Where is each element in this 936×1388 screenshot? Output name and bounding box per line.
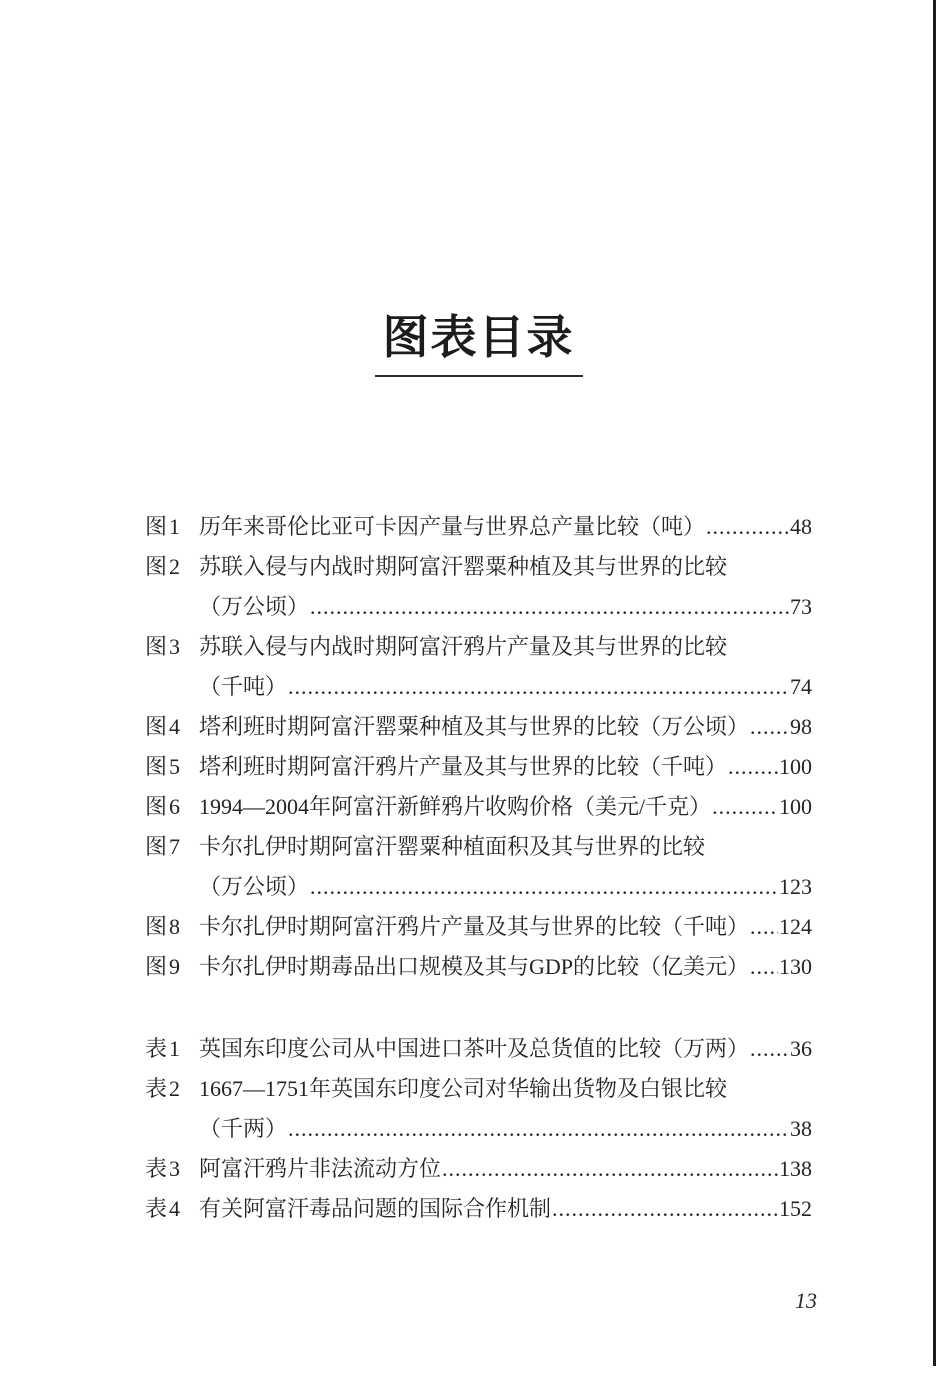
entry-page-number: 36 [790,1029,812,1069]
dot-leader [750,1029,789,1069]
dot-leader [288,1109,789,1149]
entry-title: （万公顷） [199,867,309,907]
entry-label: 图9 [145,947,199,987]
dot-leader [750,707,789,747]
page-number: 13 [795,1288,817,1314]
table-list: 表1英国东印度公司从中国进口茶叶及总货值的比较（万两）36表21667—1751… [145,1029,812,1229]
toc-entry-line: 图2苏联入侵与内战时期阿富汗罂粟种植及其与世界的比较 [145,547,812,587]
page-title: 图表目录 [145,0,812,377]
entry-label: 图2 [145,547,199,587]
toc-entry-line: 表21667—1751年英国东印度公司对华输出货物及白银比较 [145,1069,812,1109]
dot-leader [750,947,778,987]
entry-title: 苏联入侵与内战时期阿富汗鸦片产量及其与世界的比较 [199,627,727,667]
entry-title: 塔利班时期阿富汗罂粟种植及其与世界的比较（万公顷） [199,707,749,747]
entry-title: 1667—1751年英国东印度公司对华输出货物及白银比较 [199,1069,727,1109]
toc-entry-line: 图8卡尔扎伊时期阿富汗鸦片产量及其与世界的比较（千吨）124 [145,907,812,947]
entry-title: 英国东印度公司从中国进口茶叶及总货值的比较（万两） [199,1029,749,1069]
toc-entry-line: 图3苏联入侵与内战时期阿富汗鸦片产量及其与世界的比较 [145,627,812,667]
toc-entry-line: 表1英国东印度公司从中国进口茶叶及总货值的比较（万两）36 [145,1029,812,1069]
entry-label: 图4 [145,707,199,747]
dot-leader [706,507,789,547]
entry-title: （千吨） [199,667,287,707]
entry-page-number: 38 [790,1109,812,1149]
entry-label: 图3 [145,627,199,667]
toc-entry-line: （千吨）74 [145,667,812,707]
dot-leader [310,867,778,907]
entry-page-number: 124 [779,907,812,947]
entry-title: （千两） [199,1109,287,1149]
entry-page-number: 100 [779,747,812,787]
toc-entry-line: （千两）38 [145,1109,812,1149]
toc-entry-line: （万公顷）73 [145,587,812,627]
dot-leader [310,587,789,627]
entry-label: 图6 [145,787,199,827]
entry-page-number: 73 [790,587,812,627]
entry-page-number: 48 [790,507,812,547]
document-page: 图表目录 图1历年来哥伦比亚可卡因产量与世界总产量比较（吨）48图2苏联入侵与内… [0,0,936,1388]
entry-title: （万公顷） [199,587,309,627]
entry-title: 1994—2004年阿富汗新鲜鸦片收购价格（美元/千克） [199,787,711,827]
entry-page-number: 100 [779,787,812,827]
entry-title: 苏联入侵与内战时期阿富汗罂粟种植及其与世界的比较 [199,547,727,587]
entry-label: 表3 [145,1149,199,1189]
dot-leader [750,907,778,947]
entry-title: 卡尔扎伊时期阿富汗鸦片产量及其与世界的比较（千吨） [199,907,749,947]
toc-entry-line: 表3阿富汗鸦片非法流动方位138 [145,1149,812,1189]
entry-label: 图5 [145,747,199,787]
entry-title: 阿富汗鸦片非法流动方位 [199,1149,441,1189]
toc-entry-line: 图61994—2004年阿富汗新鲜鸦片收购价格（美元/千克）100 [145,787,812,827]
entry-page-number: 123 [779,867,812,907]
entry-label: 表2 [145,1069,199,1109]
entry-page-number: 98 [790,707,812,747]
page-content: 图表目录 图1历年来哥伦比亚可卡因产量与世界总产量比较（吨）48图2苏联入侵与内… [145,0,812,1229]
toc-entry-line: 图1历年来哥伦比亚可卡因产量与世界总产量比较（吨）48 [145,507,812,547]
dot-leader [442,1149,778,1189]
dot-leader [288,667,789,707]
figure-list: 图1历年来哥伦比亚可卡因产量与世界总产量比较（吨）48图2苏联入侵与内战时期阿富… [145,507,812,987]
entry-label: 图8 [145,907,199,947]
entry-page-number: 138 [779,1149,812,1189]
entry-title: 塔利班时期阿富汗鸦片产量及其与世界的比较（千吨） [199,747,727,787]
entry-title: 卡尔扎伊时期阿富汗罂粟种植面积及其与世界的比较 [199,827,705,867]
entry-title: 有关阿富汗毒品问题的国际合作机制 [199,1189,551,1229]
entry-label: 表4 [145,1189,199,1229]
entry-page-number: 130 [779,947,812,987]
entry-page-number: 152 [779,1189,812,1229]
entry-title: 历年来哥伦比亚可卡因产量与世界总产量比较（吨） [199,507,705,547]
page-title-text: 图表目录 [375,314,583,377]
toc-entry-line: 图5塔利班时期阿富汗鸦片产量及其与世界的比较（千吨）100 [145,747,812,787]
toc-entry-line: （万公顷）123 [145,867,812,907]
toc-entry-line: 图7卡尔扎伊时期阿富汗罂粟种植面积及其与世界的比较 [145,827,812,867]
toc-entry-line: 图9卡尔扎伊时期毒品出口规模及其与GDP的比较（亿美元）130 [145,947,812,987]
entry-label: 表1 [145,1029,199,1069]
entry-label: 图1 [145,507,199,547]
entry-page-number: 74 [790,667,812,707]
entry-label: 图7 [145,827,199,867]
dot-leader [712,787,778,827]
dot-leader [728,747,778,787]
dot-leader [552,1189,778,1229]
toc-entry-line: 表4有关阿富汗毒品问题的国际合作机制152 [145,1189,812,1229]
toc-entry-line: 图4塔利班时期阿富汗罂粟种植及其与世界的比较（万公顷）98 [145,707,812,747]
entry-title: 卡尔扎伊时期毒品出口规模及其与GDP的比较（亿美元） [199,947,749,987]
